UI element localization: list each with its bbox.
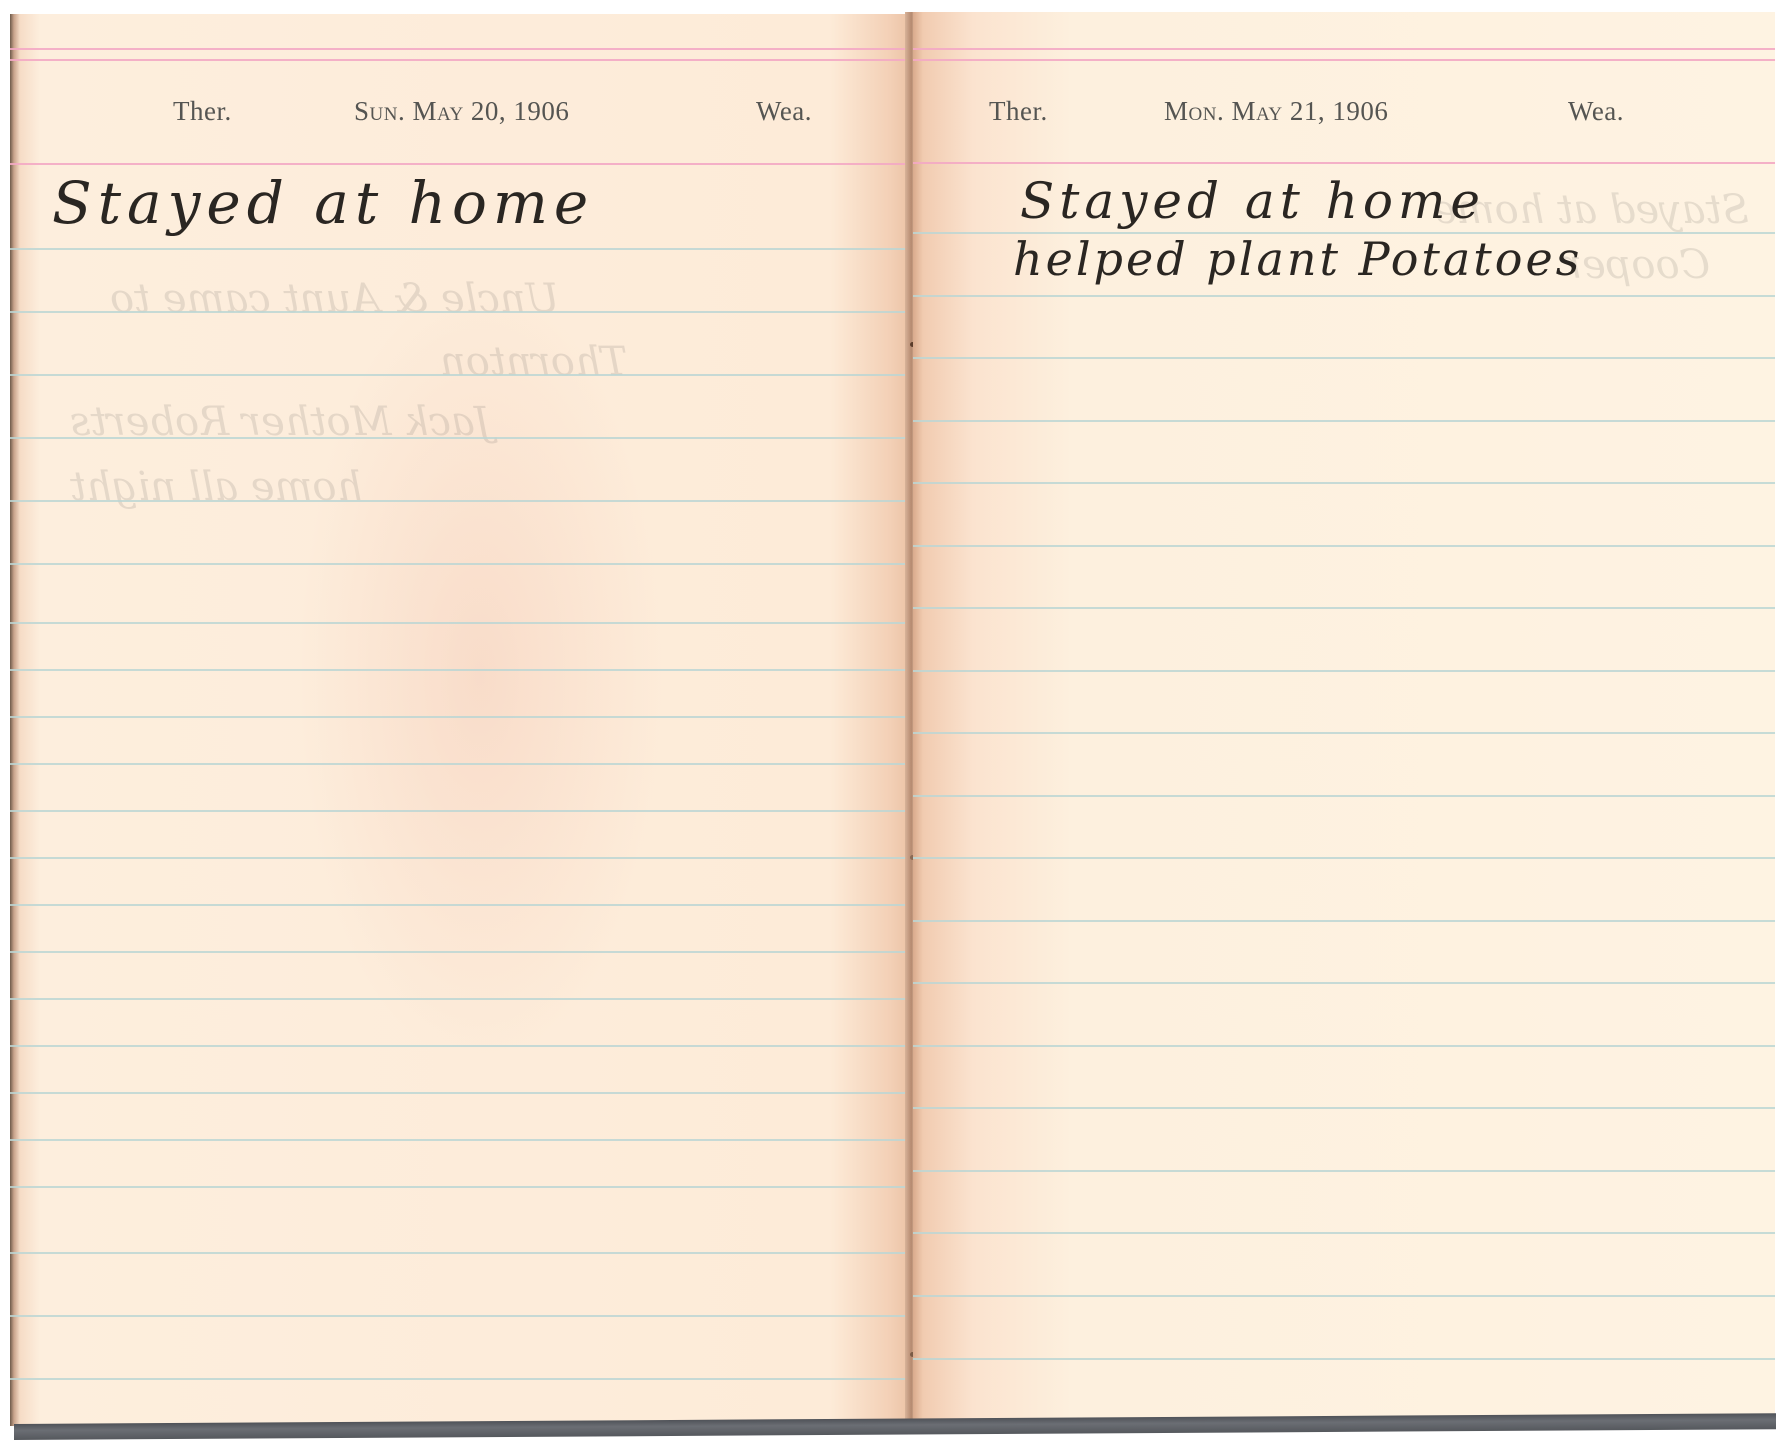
right-page: Ther. Mon. May 21, 1906 Wea. Stayed at h… <box>913 12 1775 1422</box>
ruled-line <box>913 1045 1775 1047</box>
ruled-line <box>10 374 915 376</box>
header-rule-top-2 <box>913 59 1775 61</box>
ruled-line <box>10 951 915 953</box>
header-rule-top <box>913 48 1775 50</box>
page-date: Sun. May 20, 1906 <box>354 96 569 127</box>
ruled-line <box>913 1107 1775 1109</box>
ruled-line <box>913 1232 1775 1234</box>
ruled-line <box>913 232 1775 234</box>
weather-label: Wea. <box>1568 96 1624 127</box>
ruled-line <box>10 904 915 906</box>
header-rule-bottom <box>10 163 915 165</box>
page-date: Mon. May 21, 1906 <box>1164 96 1388 127</box>
ruled-line <box>10 1139 915 1141</box>
ruled-line <box>10 716 915 718</box>
ruled-line <box>10 669 915 671</box>
ruled-line <box>913 1295 1775 1297</box>
ruled-line <box>10 1315 915 1317</box>
ruled-line <box>10 763 915 765</box>
ruled-line <box>10 311 915 313</box>
ruled-line <box>10 1252 915 1254</box>
left-page: Ther. Sun. May 20, 1906 Wea. Uncle & Aun… <box>10 14 915 1426</box>
ruled-line <box>913 420 1775 422</box>
diary-entry-line: Stayed at home <box>1020 172 1485 230</box>
header-rule-top-2 <box>10 59 915 61</box>
ruled-line <box>10 1092 915 1094</box>
ruled-line <box>10 500 915 502</box>
ruled-line <box>913 482 1775 484</box>
thermometer-label: Ther. <box>989 96 1048 127</box>
ruled-line <box>913 607 1775 609</box>
ruled-line <box>913 295 1775 297</box>
ruled-line <box>913 1170 1775 1172</box>
thermometer-label: Ther. <box>173 96 232 127</box>
open-diary: Ther. Sun. May 20, 1906 Wea. Uncle & Aun… <box>0 0 1778 1443</box>
ruled-line <box>913 857 1775 859</box>
ruled-line <box>10 810 915 812</box>
bleed-through-text: Thornton <box>440 339 627 385</box>
ruled-line <box>10 1045 915 1047</box>
ruled-line <box>913 670 1775 672</box>
bleed-through-text: Uncle & Aunt came to <box>110 276 559 322</box>
ruled-line <box>10 1186 915 1188</box>
ruled-line <box>913 920 1775 922</box>
ruled-line <box>10 1378 915 1380</box>
ruled-line <box>913 982 1775 984</box>
ruled-line <box>10 437 915 439</box>
ruled-line <box>10 857 915 859</box>
bleed-through-text: Cooper <box>1563 242 1710 288</box>
bleed-through-text: home all night <box>70 464 362 510</box>
ruled-line <box>10 563 915 565</box>
ruled-line <box>10 622 915 624</box>
ruled-line <box>913 795 1775 797</box>
ruled-line <box>10 248 915 250</box>
ruled-line <box>913 1358 1775 1360</box>
ruled-line <box>913 357 1775 359</box>
diary-entry-line: Stayed at home <box>52 169 594 237</box>
diary-entry-line: helped plant Potatoes <box>1013 232 1582 286</box>
header-rule-top <box>10 48 915 50</box>
ruled-line <box>913 545 1775 547</box>
weather-label: Wea. <box>756 96 812 127</box>
header-rule-bottom <box>913 162 1775 164</box>
ruled-line <box>913 732 1775 734</box>
ruled-line <box>10 998 915 1000</box>
